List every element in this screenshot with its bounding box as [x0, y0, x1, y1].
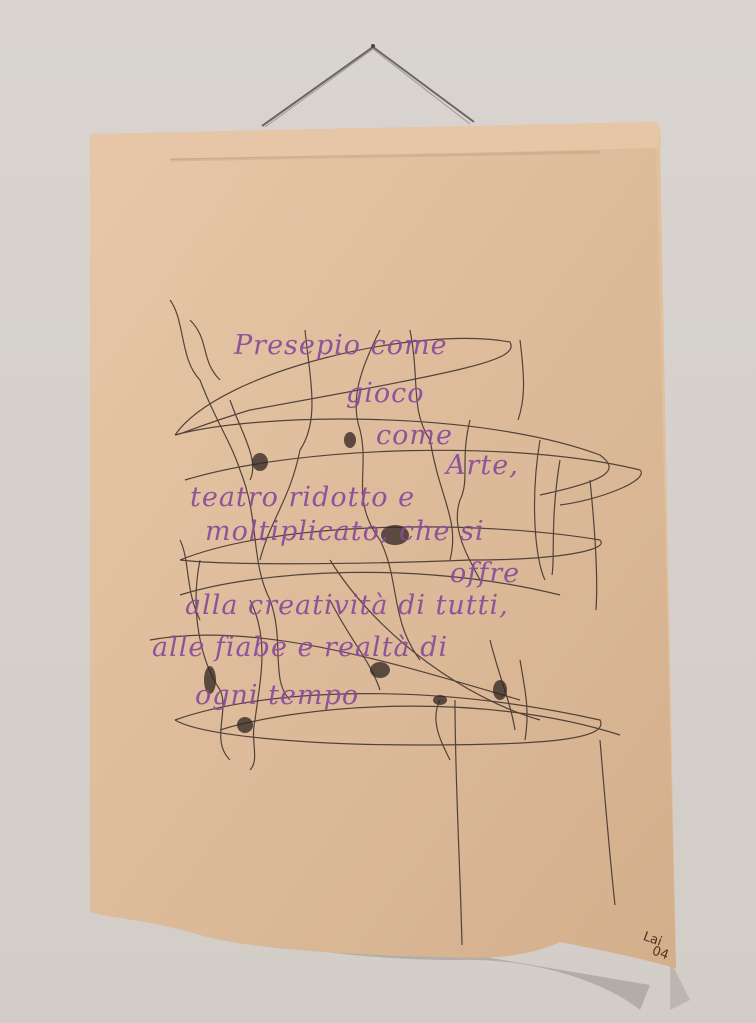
- text-line-8: alla creatività di tutti,: [185, 590, 509, 621]
- text-line-3: come: [376, 420, 453, 451]
- hanging-wire: [262, 44, 474, 127]
- text-line-7: offre: [450, 558, 520, 589]
- text-line-6: moltiplicato, che si: [205, 516, 485, 547]
- text-line-1: Presepio come: [234, 330, 448, 361]
- text-line-10: ogni tempo: [195, 680, 359, 711]
- text-line-2: gioco: [346, 378, 425, 409]
- text-line-9: alle fiabe e realtà di: [152, 632, 448, 663]
- text-line-4: Arte,: [446, 450, 519, 481]
- artwork-photo: Presepio come gioco come Arte, teatro ri…: [0, 0, 756, 1023]
- text-line-5: teatro ridotto e: [190, 482, 415, 513]
